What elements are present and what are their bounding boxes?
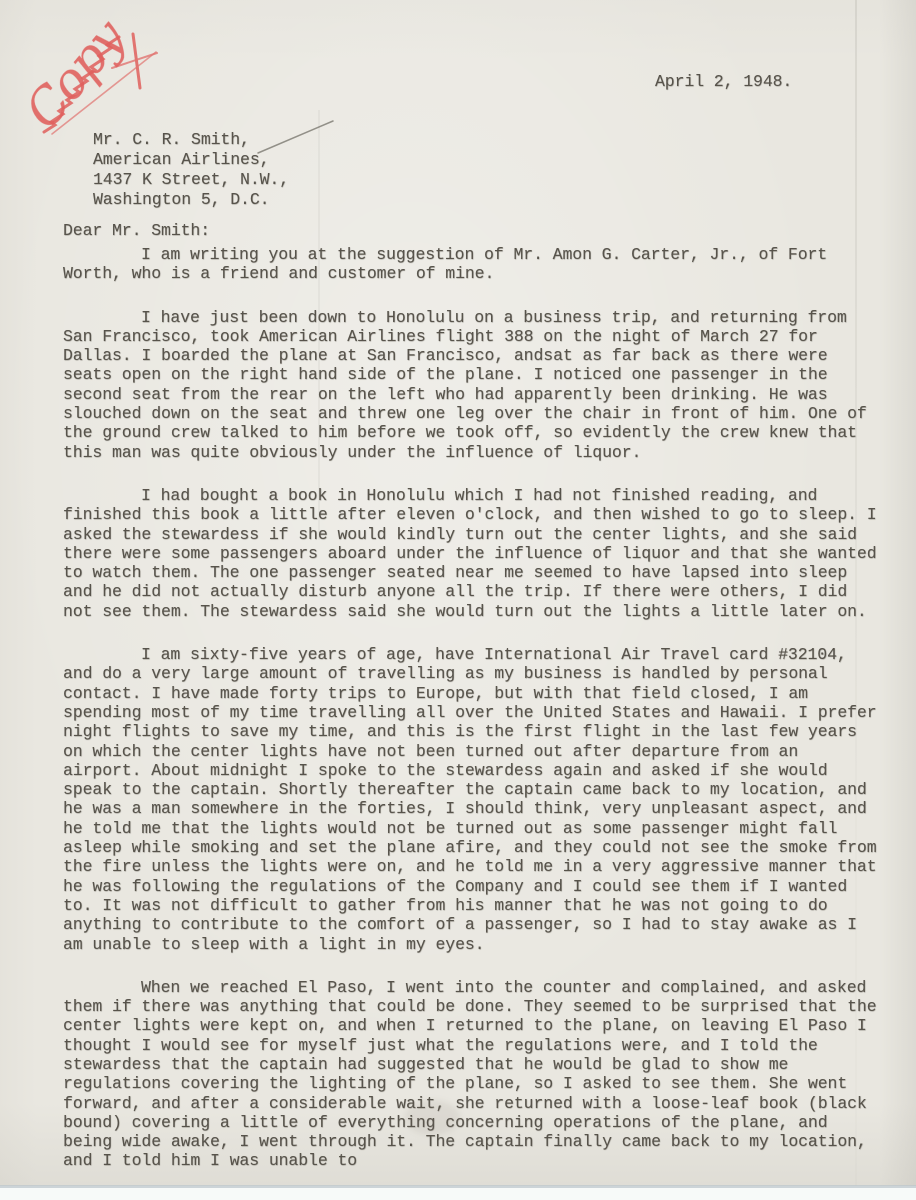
paragraph-2: I have just been down to Honolulu on a b…	[63, 308, 885, 462]
copy-stamp: Copy	[14, 10, 136, 140]
paragraph-3: I had bought a book in Honolulu which I …	[63, 486, 885, 621]
letter-body: I am writing you at the suggestion of Mr…	[63, 245, 885, 1195]
salutation: Dear Mr. Smith:	[63, 221, 210, 240]
paper-crease-mid	[318, 110, 320, 540]
recipient-company: American Airlines,	[93, 150, 289, 170]
paragraph-5: When we reached El Paso, I went into the…	[63, 978, 885, 1171]
letter-date: April 2, 1948.	[655, 72, 792, 91]
letter-page: Copy April 2, 1948. Mr. C. R. Smith, Ame…	[0, 0, 916, 1186]
recipient-city: Washington 5, D.C.	[93, 190, 289, 210]
recipient-street: 1437 K Street, N.W.,	[93, 170, 289, 190]
page-bottom-edge	[0, 1185, 916, 1188]
paper-crease-right	[855, 0, 857, 1186]
ink-smudge	[405, 1100, 460, 1135]
paragraph-1: I am writing you at the suggestion of Mr…	[63, 245, 885, 284]
scanned-letter: Copy April 2, 1948. Mr. C. R. Smith, Ame…	[0, 0, 916, 1200]
recipient-name: Mr. C. R. Smith,	[93, 130, 289, 150]
paragraph-4: I am sixty-five years of age, have Inter…	[63, 645, 885, 954]
recipient-address: Mr. C. R. Smith, American Airlines, 1437…	[93, 130, 289, 210]
